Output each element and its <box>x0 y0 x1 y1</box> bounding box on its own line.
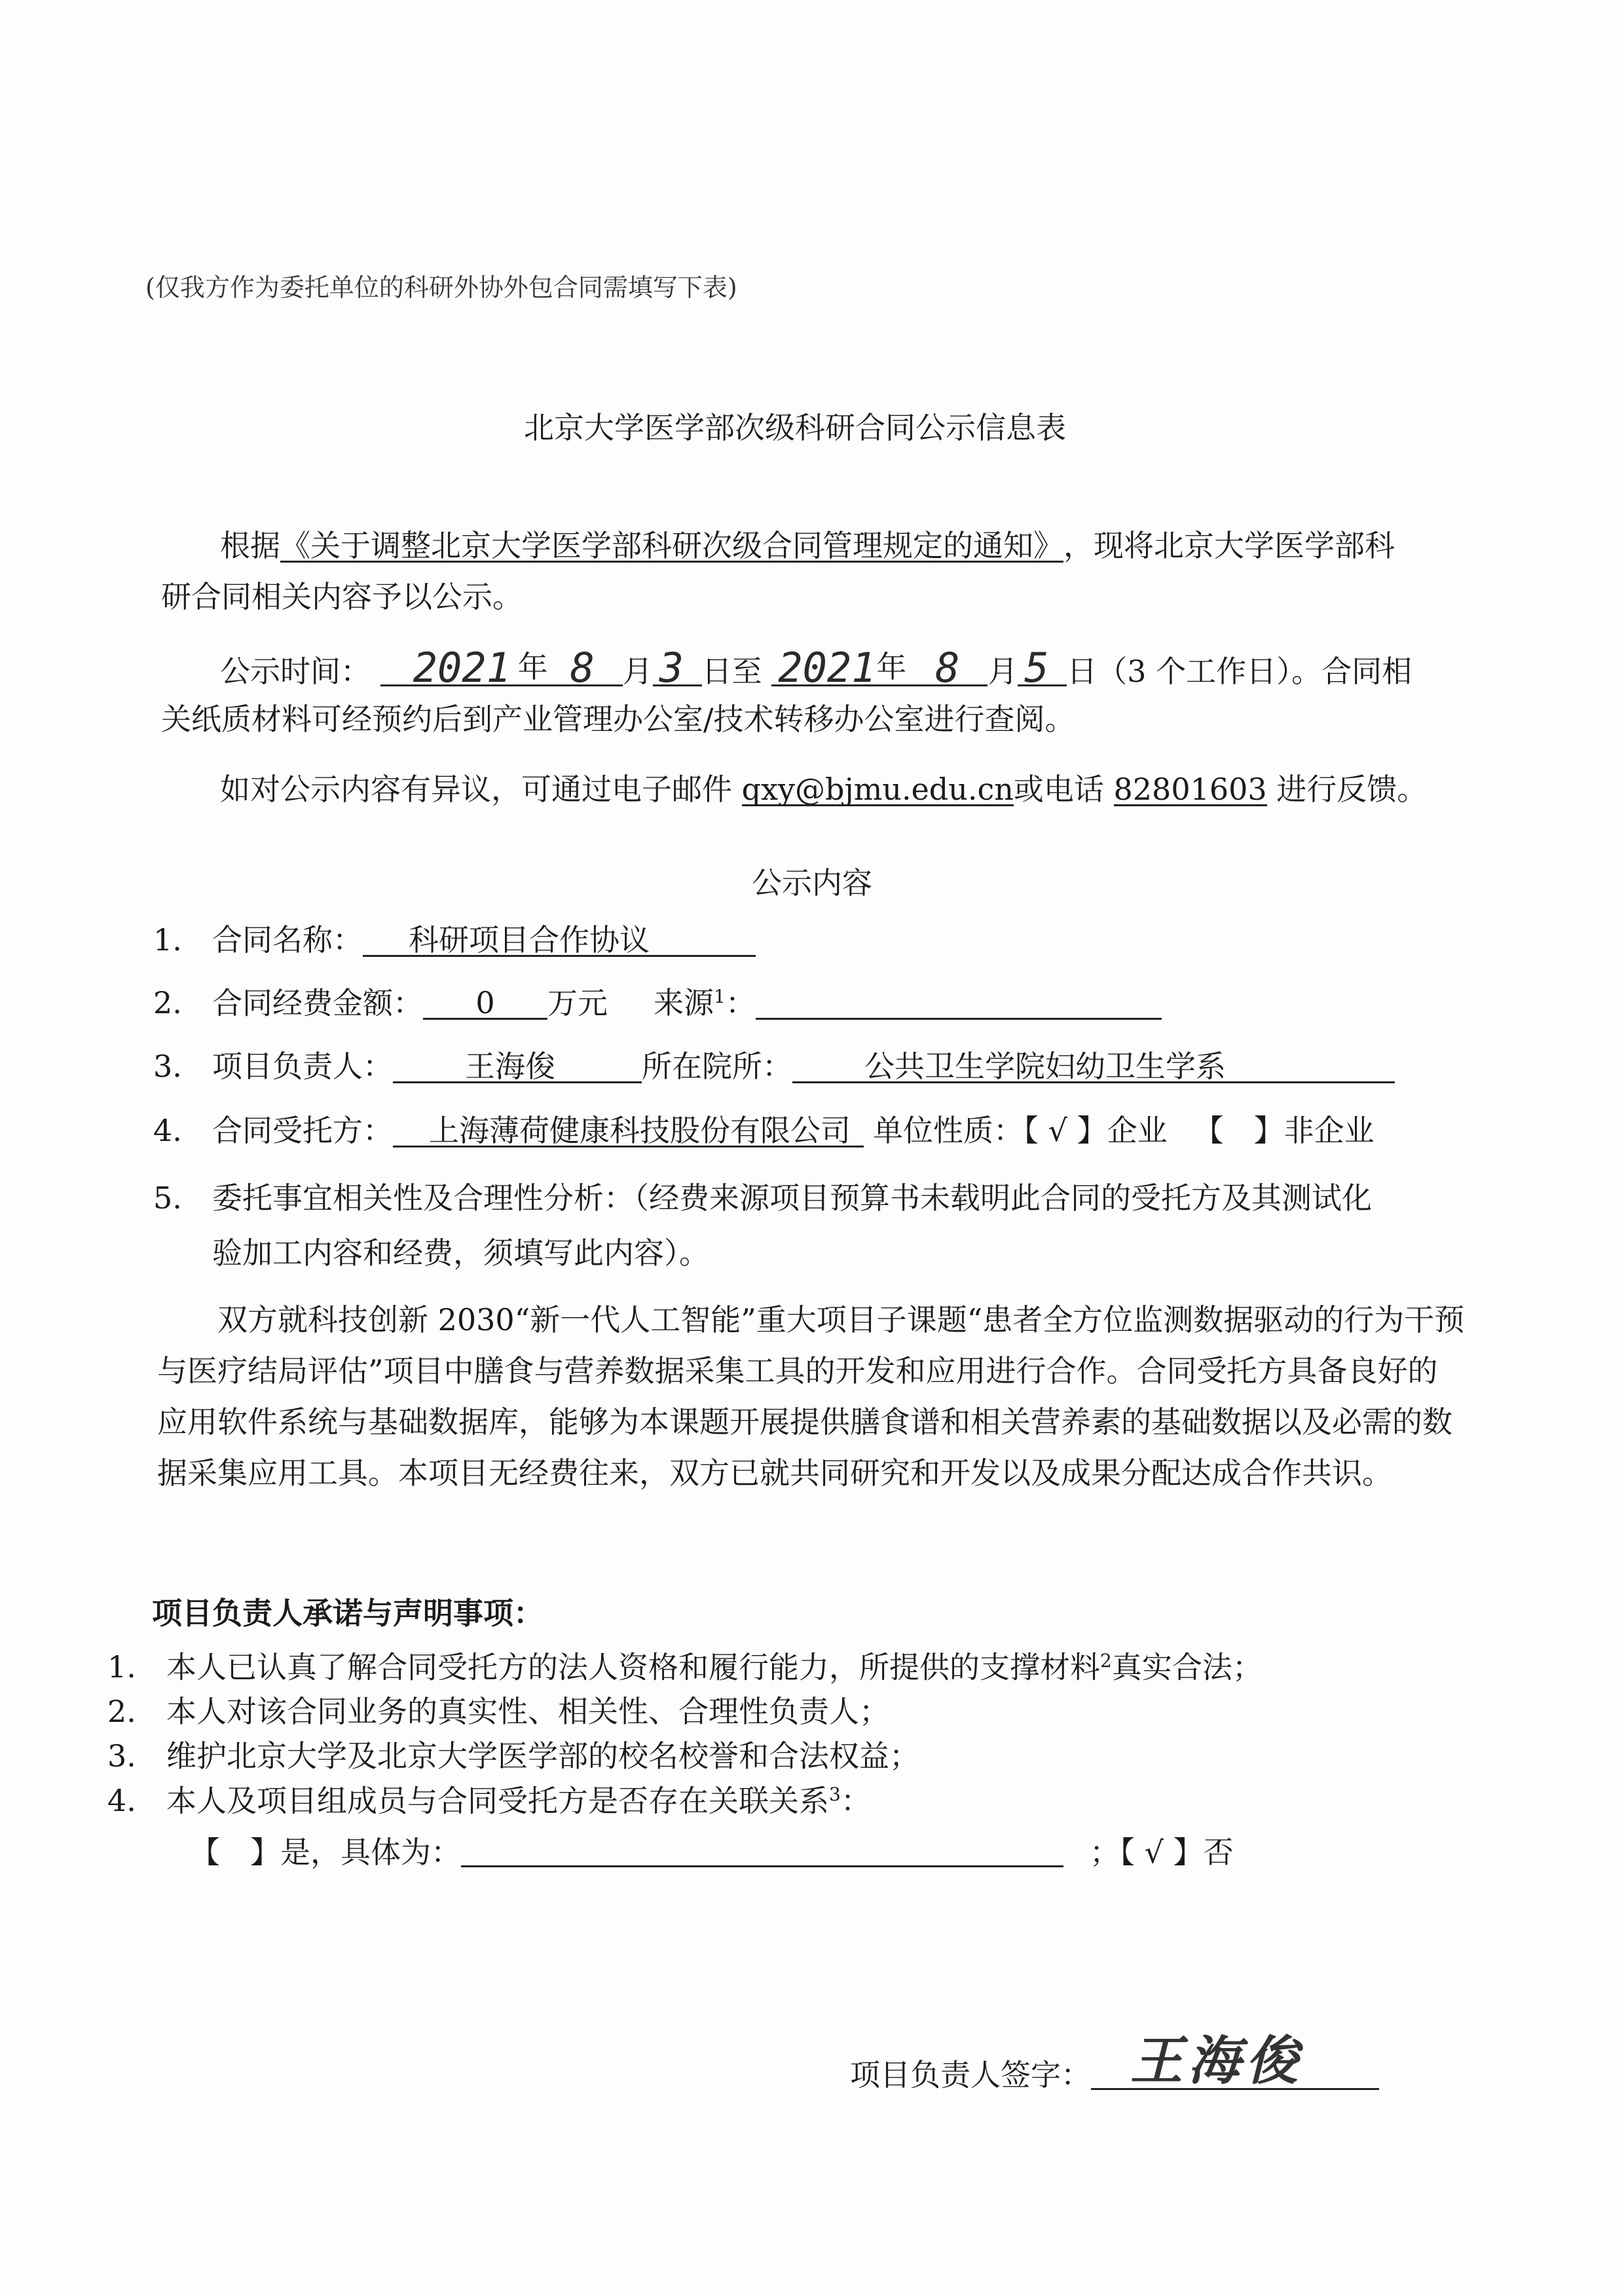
relation-no-label: 否 <box>1204 1835 1234 1870</box>
footnote-3: 3 <box>829 1783 841 1805</box>
period-label: 公示时间： <box>220 654 371 689</box>
relation-no-checkbox[interactable]: 【 √ 】 <box>1120 1835 1204 1870</box>
colon: ： <box>726 985 756 1020</box>
item-label: 合同名称： <box>212 922 363 958</box>
end-month-value: 8 <box>935 648 959 688</box>
pledge-text: 本人及项目组成员与合同受托方是否存在关联关系 <box>166 1783 829 1818</box>
separator: ； <box>1090 1835 1120 1870</box>
contractor-value: 上海薄荷健康科技股份有限公司 <box>393 1115 864 1147</box>
day-label: 日 <box>1067 654 1097 689</box>
end-day-field: 5 <box>1018 652 1067 686</box>
item-number: 1. <box>153 925 212 955</box>
item-project-leader: 3.项目负责人：王海俊所在院所：公共卫生学院妇幼卫生学系 <box>153 1051 1395 1083</box>
relation-choice-line: 【 】是，具体为：；【 √ 】否 <box>190 1835 1234 1867</box>
analysis-instruction-line-1: 委托事宜相关性及合理性分析：（经费来源项目预算书未载明此合同的受托方及其测试化 <box>212 1180 1372 1216</box>
pledge-number: 3. <box>107 1741 166 1771</box>
signature-label: 项目负责人签字： <box>850 2057 1091 2093</box>
start-day-field: 3 <box>653 652 702 686</box>
feedback-prefix: 如对公示内容有异议，可通过电子邮件 <box>220 772 742 807</box>
item-contract-amount: 2.合同经费金额：0万元来源1： <box>153 988 1162 1020</box>
email-link[interactable]: qxy@bjmu.edu.cn <box>742 774 1014 806</box>
non-enterprise-label: 非企业 <box>1284 1113 1375 1148</box>
period-suffix: （3 个工作日）。合同相 <box>1097 654 1412 689</box>
instruction-note: (仅我方作为委托单位的科研外协外包合同需填写下表) <box>145 275 737 300</box>
start-day-value: 3 <box>659 648 684 688</box>
year-label: 年 <box>876 652 906 682</box>
analysis-instruction-line-2: 验加工内容和经费，须填写此内容）。 <box>212 1238 709 1268</box>
end-year-value: 2021 <box>778 648 876 688</box>
year-label: 年 <box>518 652 548 682</box>
intro-line-2: 研合同相关内容予以公示。 <box>161 582 523 612</box>
signature-line: 项目负责人签字：王海俊 <box>850 2042 1379 2090</box>
item-analysis-heading: 5.委托事宜相关性及合理性分析：（经费来源项目预算书未载明此合同的受托方及其测试… <box>153 1183 1372 1213</box>
start-date-field: 2021 年 8 <box>380 652 623 686</box>
relation-yes-checkbox[interactable]: 【 】 <box>190 1835 280 1870</box>
pledge-item-1: 1.本人已认真了解合同受托方的法人资格和履行能力，所提供的支撑材料2真实合法； <box>107 1652 1263 1682</box>
intro-suffix: ，现将北京大学医学部科 <box>1063 528 1395 563</box>
intro-line-1: 根据《关于调整北京大学医学部科研次级合同管理规定的通知》，现将北京大学医学部科 <box>220 531 1395 563</box>
pledge-item-4: 4.本人及项目组成员与合同受托方是否存在关联关系3： <box>107 1785 871 1816</box>
relation-detail-field[interactable] <box>461 1835 1063 1867</box>
pledge-item-2: 2.本人对该合同业务的真实性、相关性、合理性负责人； <box>107 1696 889 1726</box>
pledge-number: 4. <box>107 1785 166 1816</box>
item-number: 3. <box>153 1051 212 1081</box>
phone-number[interactable]: 82801603 <box>1114 774 1267 806</box>
pledge-text: 本人已认真了解合同受托方的法人资格和履行能力，所提供的支撑材料 <box>166 1649 1100 1685</box>
regulation-link: 《关于调整北京大学医学部科研次级合同管理规定的通知》 <box>280 531 1063 563</box>
feedback-line: 如对公示内容有异议，可通过电子邮件 qxy@bjmu.edu.cn或电话 828… <box>220 774 1427 806</box>
end-day-value: 5 <box>1024 648 1048 688</box>
month-label: 月 <box>987 654 1018 689</box>
pledge-tail: ： <box>841 1783 871 1818</box>
amount-unit: 万元 <box>547 985 608 1020</box>
period-line: 公示时间： 2021 年 8 月3日至 2021 年 8 月5日（3 个工作日）… <box>220 652 1412 686</box>
day-to-label: 日至 <box>702 654 762 689</box>
item-contractor: 4.合同受托方：上海薄荷健康科技股份有限公司单位性质：【 √ 】企业【 】非企业 <box>153 1115 1375 1147</box>
start-year-value: 2021 <box>413 648 511 688</box>
start-month-value: 8 <box>570 648 595 688</box>
pledge-item-3: 3.维护北京大学及北京大学医学部的校名校誉和合法权益； <box>107 1741 919 1771</box>
item-number: 4. <box>153 1115 212 1146</box>
nature-label: 单位性质： <box>873 1113 1024 1148</box>
page-title: 北京大学医学部次级科研合同公示信息表 <box>524 404 1066 447</box>
footnote-1: 1 <box>714 986 726 1007</box>
source-value <box>756 988 1162 1020</box>
period-line-2: 关纸质材料可经预约后到产业管理办公室/技术转移办公室进行查阅。 <box>161 704 1075 734</box>
pledge-text: 维护北京大学及北京大学医学部的校名校誉和合法权益； <box>166 1738 919 1774</box>
non-enterprise-checkbox[interactable]: 【 】 <box>1194 1113 1284 1148</box>
dept-value: 公共卫生学院妇幼卫生学系 <box>792 1051 1395 1083</box>
footnote-2: 2 <box>1100 1650 1112 1671</box>
pledge-number: 1. <box>107 1652 166 1682</box>
section-title: 公示内容 <box>752 868 872 898</box>
pledge-tail: 真实合法； <box>1112 1649 1263 1685</box>
enterprise-label: 企业 <box>1107 1113 1168 1148</box>
amount-value: 0 <box>423 988 547 1020</box>
source-label: 来源 <box>654 985 714 1020</box>
contract-name-value: 科研项目合作协议 <box>363 925 756 957</box>
dept-label: 所在院所： <box>642 1049 792 1084</box>
enterprise-checkbox[interactable]: 【 √ 】 <box>1024 1113 1107 1148</box>
handwritten-signature: 王海俊 <box>1130 2034 1303 2087</box>
item-label: 合同经费金额： <box>212 985 423 1020</box>
pledge-title: 项目负责人承诺与声明事项： <box>152 1598 544 1628</box>
pledge-text: 本人对该合同业务的真实性、相关性、合理性负责人； <box>166 1694 889 1729</box>
item-number: 5. <box>153 1183 212 1213</box>
intro-prefix: 根据 <box>220 528 280 563</box>
item-label: 项目负责人： <box>212 1049 393 1084</box>
feedback-suffix: 进行反馈。 <box>1267 772 1428 807</box>
end-date-field: 2021 年 8 <box>771 652 987 686</box>
relation-yes-label: 是，具体为： <box>280 1835 461 1870</box>
feedback-middle: 或电话 <box>1014 772 1114 807</box>
item-number: 2. <box>153 988 212 1018</box>
signature-field[interactable]: 王海俊 <box>1091 2042 1379 2090</box>
item-contract-name: 1.合同名称：科研项目合作协议 <box>153 925 756 957</box>
leader-name-value: 王海俊 <box>393 1051 642 1083</box>
item-label: 合同受托方： <box>212 1113 393 1148</box>
pledge-number: 2. <box>107 1696 166 1726</box>
analysis-paragraph: 双方就科技创新 2030“新一代人工智能”重大项目子课题“患者全方位监测数据驱动… <box>157 1294 1467 1499</box>
month-label: 月 <box>623 654 653 689</box>
